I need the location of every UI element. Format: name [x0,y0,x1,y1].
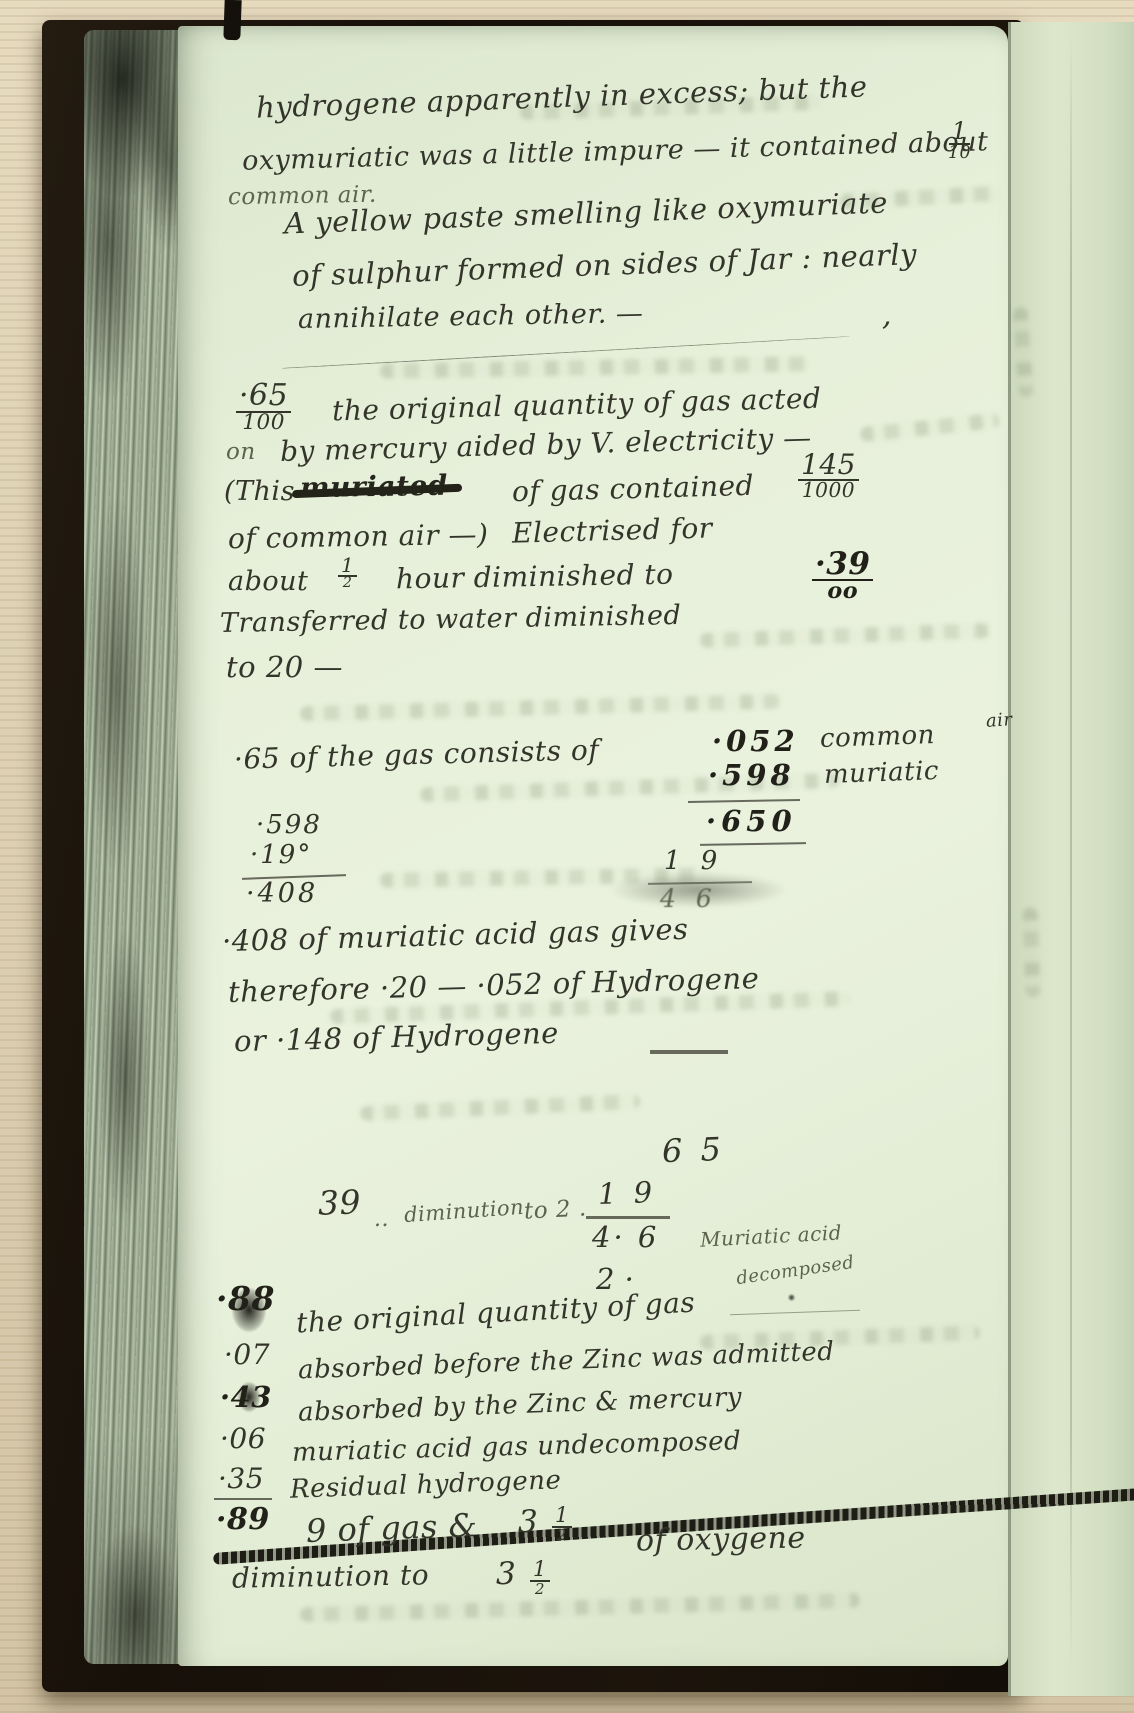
value-39-mid: 39 [317,1185,361,1221]
manuscript-word: to 2 . [523,1196,587,1223]
manuscript-mark: .. [374,1208,389,1231]
manuscript-line: of common air —) [228,520,489,554]
fraction-one-tenth: 110 [948,120,971,161]
manuscript-word: (This [224,478,295,506]
manuscript-line: Electrised for [512,513,713,548]
manuscript-line: hour diminished to [396,560,674,594]
manuscript-line: annihilate each other. — [298,300,644,334]
value-46-right: 4 6 [660,886,718,912]
value-408-left: ·408 [246,880,318,908]
label-muriatic: muriatic [824,758,940,789]
manuscript-word: about [228,568,308,596]
fraction-half: 12 [530,1560,550,1596]
value-19deg-left: ·19° [250,842,312,869]
manuscript-line: 9 of gas & [305,1509,478,1549]
value-598-left: ·598 [256,812,322,839]
manuscript-line: of gas contained [512,471,755,507]
ledger-value: ·06 [220,1424,266,1453]
ledger-value: ·07 [224,1340,270,1369]
manuscript-line: to 20 — [226,652,343,682]
value-052: ·052 [712,726,799,756]
value-65-mid: 6 5 [661,1133,725,1169]
page-fold-line [1070,30,1072,1670]
fraction-rule [586,1216,670,1219]
manuscript-mark: , [882,300,892,332]
ledger-value: ·43 [220,1382,272,1412]
struck-out-word: muriated [300,471,448,503]
manuscript-number: 3 [496,1558,516,1591]
value-650: ·650 [706,806,797,836]
manuscript-number: 3 [518,1506,538,1539]
manuscript-line: diminution to [232,1560,430,1593]
fraction-half: 12 [338,556,357,591]
ledger-value: ·35 [218,1464,264,1493]
show-through-smudge [1023,907,1041,997]
fraction-65-100: ·65100 [236,382,291,433]
manuscript-line: of oxygene [636,1523,806,1557]
value-46-mid: 4· 6 [592,1222,659,1252]
value-598-right: ·598 [708,760,795,790]
ledger-value: ·88 [216,1282,275,1317]
value-39: ·39oo [812,550,873,603]
label-air: air [985,711,1013,732]
ink-dot [788,1294,795,1301]
emphasis-rule [650,1050,728,1054]
manuscript-line: or ·148 of Hydrogene [234,1018,560,1057]
manuscript-word: on [226,440,256,464]
manuscript-photo: hydrogene apparently in excess; but the … [0,0,1134,1713]
value-19-mid: 1 9 [597,1177,656,1209]
bookmark-ribbon [223,0,241,40]
label-common-air: common [820,722,936,753]
fraction-145-1000: 1451000 [798,452,859,500]
fraction-half: 12 [552,1506,572,1542]
underline-rule [214,1498,272,1500]
